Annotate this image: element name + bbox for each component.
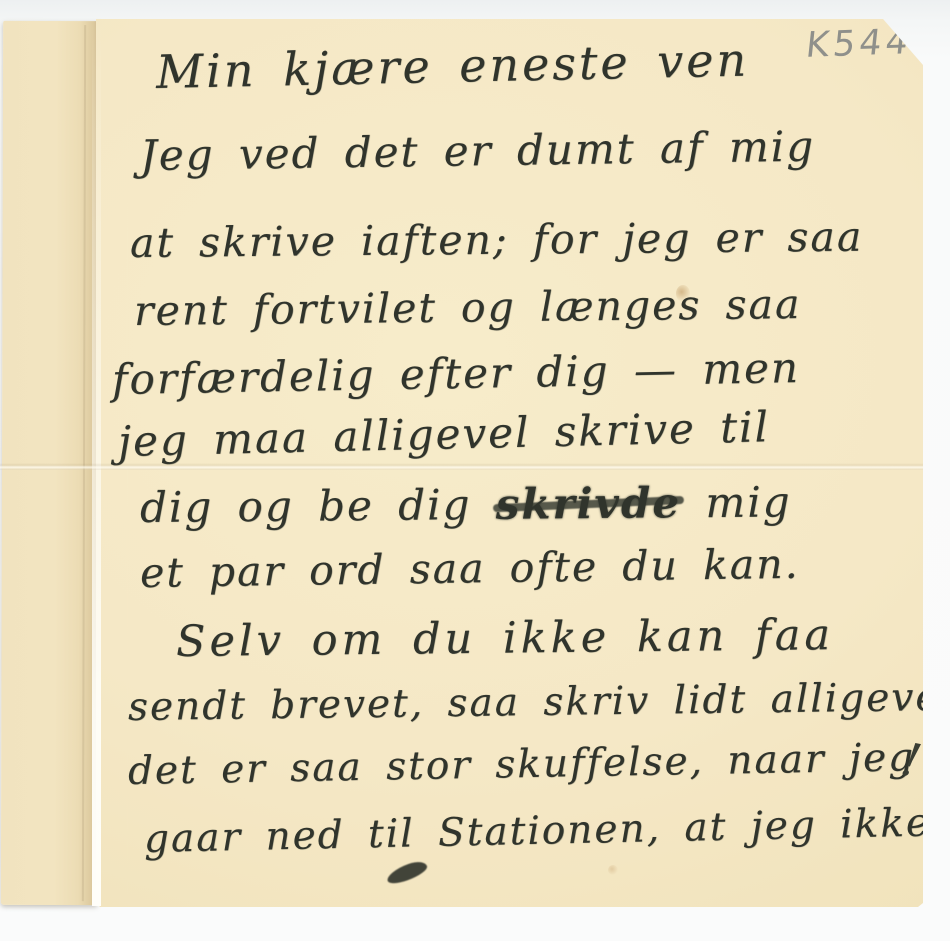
letter-line: det er saa stor skuffelse, naar jeg <box>128 735 916 794</box>
line-text: et par ord saa ofte du kan. <box>140 540 800 597</box>
line-text: dig og be dig <box>140 480 496 532</box>
line-text: sendt brevet, saa skriv lidt alligevel <box>128 675 950 730</box>
line-text: Jeg ved det er dumt af mig <box>140 122 816 180</box>
letter-line: Selv om du ikke kan faa <box>176 610 835 667</box>
letter-body: Min kjære eneste ven Jeg ved det er dumt… <box>96 19 923 907</box>
letter-line: rent fortvilet og længes saa <box>134 280 802 335</box>
letter-line: sendt brevet, saa skriv lidt alligevel <box>128 675 950 730</box>
letter-line: gaar ned til Stationen, at jeg ikke <box>144 801 932 862</box>
folded-back-page-edge <box>1 21 99 905</box>
line-text: rent fortvilet og længes saa <box>134 280 802 335</box>
line-text: jeg maa alligevel skrive til <box>117 402 770 466</box>
letter-line: Min kjære eneste ven <box>155 33 749 99</box>
line-text: Selv om du ikke kan faa <box>176 610 835 667</box>
fold-highlight <box>92 21 101 906</box>
line-text: det er saa stor skuffelse, naar jeg <box>128 735 916 794</box>
line-text: gaar ned til Stationen, at jeg ikke <box>144 801 932 862</box>
letter-line: Jeg ved det er dumt af mig <box>140 122 816 180</box>
letter-page: K544 Min kjære eneste ven Jeg ved det er… <box>96 19 923 907</box>
line-text: forfærdelig efter dig — men <box>112 343 801 404</box>
line-text: at skrive iaften; for jeg er saa <box>130 213 864 267</box>
letter-line: dig og be dig skrivde mig <box>140 477 792 532</box>
letter-line: et par ord saa ofte du kan. <box>140 540 800 597</box>
line-text: Min kjære eneste ven <box>155 33 749 99</box>
letter-line: at skrive iaften; for jeg er saa <box>130 213 864 267</box>
letter-line: jeg maa alligevel skrive til <box>117 402 770 466</box>
letter-line: forfærdelig efter dig — men <box>112 343 801 404</box>
scanner-background: { "scan": { "description": "Scanned hand… <box>0 0 950 941</box>
line-text: mig <box>705 477 792 527</box>
struck-word: skrivde <box>496 478 682 529</box>
